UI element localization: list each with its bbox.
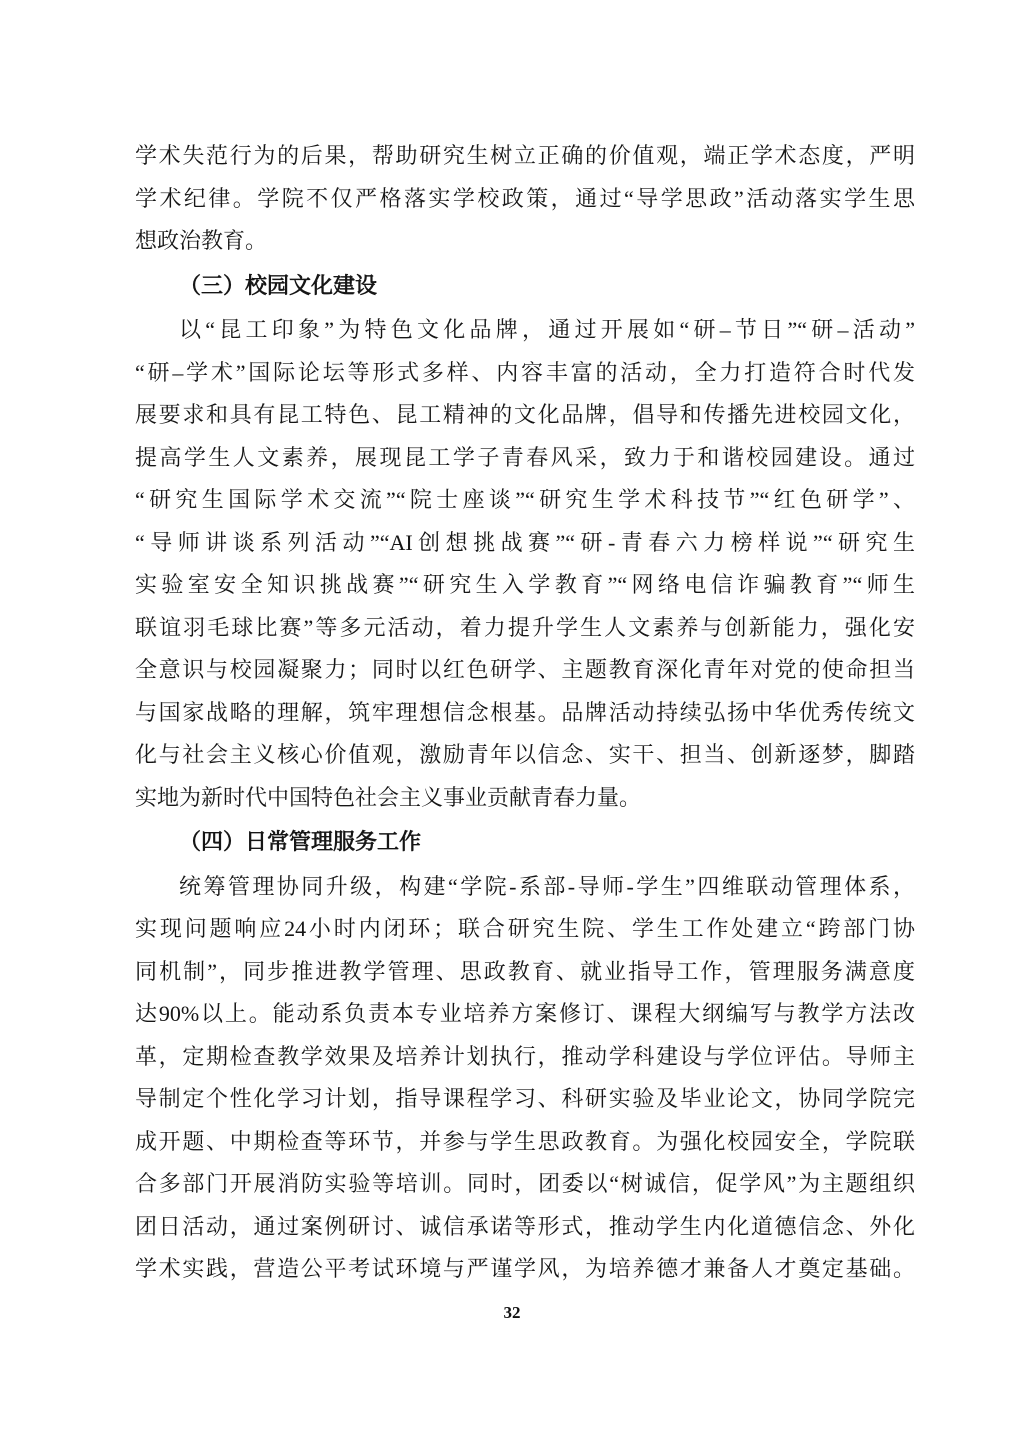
text-line: 想政治教育。 <box>135 220 915 263</box>
text-line: 提高学生人文素养，展现昆工学子青春风采，致力于和谐校园建设。通过 <box>135 437 915 480</box>
paragraph: 统筹管理协同升级，构建“学院-系部-导师-学生”四维联动管理体系，实现问题响应2… <box>135 866 915 1291</box>
text-line: 团日活动，通过案例研讨、诚信承诺等形式，推动学生内化道德信念、外化 <box>135 1206 915 1249</box>
section-heading: （三）校园文化建设 <box>135 265 915 308</box>
text-line: 与国家战略的理解，筑牢理想信念根基。品牌活动持续弘扬中华优秀传统文 <box>135 692 915 735</box>
text-line: 化与社会主义核心价值观，激励青年以信念、实干、担当、创新逐梦，脚踏 <box>135 734 915 777</box>
text-line: 统筹管理协同升级，构建“学院-系部-导师-学生”四维联动管理体系， <box>135 866 915 909</box>
text-line: （四）日常管理服务工作 <box>135 821 915 864</box>
text-line: 联谊羽毛球比赛”等多元活动，着力提升学生人文素养与创新能力，强化安 <box>135 607 915 650</box>
text-line: 导制定个性化学习计划，指导课程学习、科研实验及毕业论文，协同学院完 <box>135 1078 915 1121</box>
text-line: “研究生国际学术交流”“院士座谈”“研究生学术科技节”“红色研学”、 <box>135 479 915 522</box>
text-line: 革，定期检查教学效果及培养计划执行，推动学科建设与学位评估。导师主 <box>135 1036 915 1079</box>
page-number: 32 <box>0 1303 1024 1323</box>
document-body: 学术失范行为的后果，帮助研究生树立正确的价值观，端正学术态度，严明学术纪律。学院… <box>135 135 915 1291</box>
text-line: 学术实践，营造公平考试环境与严谨学风，为培养德才兼备人才奠定基础。 <box>135 1248 915 1291</box>
paragraph: 学术失范行为的后果，帮助研究生树立正确的价值观，端正学术态度，严明学术纪律。学院… <box>135 135 915 263</box>
text-line: 达90%以上。能动系负责本专业培养方案修订、课程大纲编写与教学方法改 <box>135 993 915 1036</box>
text-line: 实现问题响应24小时内闭环；联合研究生院、学生工作处建立“跨部门协 <box>135 908 915 951</box>
text-line: 学术失范行为的后果，帮助研究生树立正确的价值观，端正学术态度，严明 <box>135 135 915 178</box>
paragraph: 以“昆工印象”为特色文化品牌，通过开展如“研–节日”“研–活动”“研–学术”国际… <box>135 309 915 819</box>
document-page: 学术失范行为的后果，帮助研究生树立正确的价值观，端正学术态度，严明学术纪律。学院… <box>0 0 1024 1447</box>
text-line: 以“昆工印象”为特色文化品牌，通过开展如“研–节日”“研–活动” <box>135 309 915 352</box>
text-line: 全意识与校园凝聚力；同时以红色研学、主题教育深化青年对党的使命担当 <box>135 649 915 692</box>
text-line: 展要求和具有昆工特色、昆工精神的文化品牌，倡导和传播先进校园文化， <box>135 394 915 437</box>
text-line: “导师讲谈系列活动”“AI创想挑战赛”“研-青春六力榜样说”“研究生 <box>135 522 915 565</box>
text-line: 同机制”，同步推进教学管理、思政教育、就业指导工作，管理服务满意度 <box>135 951 915 994</box>
text-line: 实验室安全知识挑战赛”“研究生入学教育”“网络电信诈骗教育”“师生 <box>135 564 915 607</box>
text-line: 成开题、中期检查等环节，并参与学生思政教育。为强化校园安全，学院联 <box>135 1121 915 1164</box>
text-line: 实地为新时代中国特色社会主义事业贡献青春力量。 <box>135 777 915 820</box>
text-line: 合多部门开展消防实验等培训。同时，团委以“树诚信，促学风”为主题组织 <box>135 1163 915 1206</box>
text-line: （三）校园文化建设 <box>135 265 915 308</box>
section-heading: （四）日常管理服务工作 <box>135 821 915 864</box>
text-line: 学术纪律。学院不仅严格落实学校政策，通过“导学思政”活动落实学生思 <box>135 178 915 221</box>
text-line: “研–学术”国际论坛等形式多样、内容丰富的活动，全力打造符合时代发 <box>135 352 915 395</box>
